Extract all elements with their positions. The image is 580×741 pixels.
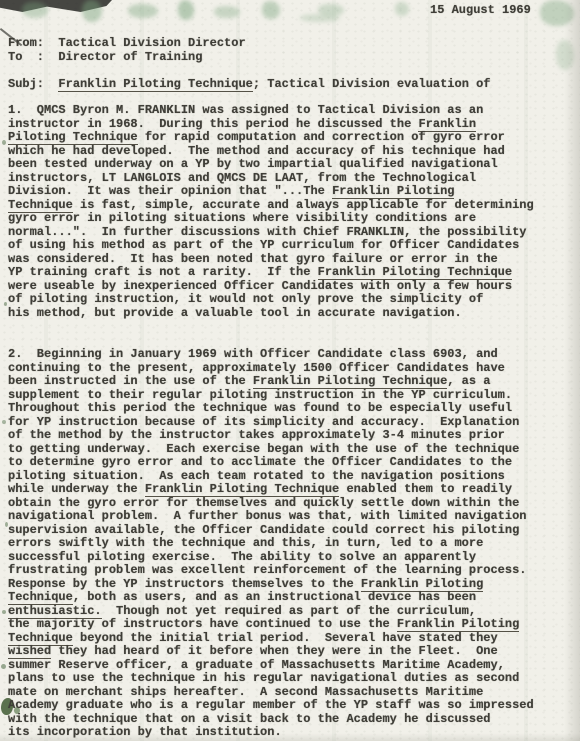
text-line: Piloting Technique for rapid computation… [8, 131, 534, 145]
text-line: been tested underway on a YP by two impa… [8, 158, 534, 172]
text-line: navigational problem. A further bonus wa… [8, 510, 534, 524]
green-smudge [262, 1, 280, 19]
text-line: Technique, both as users, and as an inst… [8, 591, 534, 605]
text-line: plans to use the technique in his regula… [8, 672, 534, 686]
text-line: gyro error in piloting situations where … [8, 212, 534, 226]
text-line: while underway the Franklin Piloting Tec… [8, 483, 534, 497]
text-line: 1. QMCS Byron M. FRANKLIN was assigned t… [8, 104, 534, 118]
green-smudge [540, 0, 574, 26]
text-line: normal...". In further discussions with … [8, 226, 534, 240]
text-line: summer Reserve officer, a graduate of Ma… [8, 659, 534, 673]
text-line: Academy graduate who is a regular member… [8, 699, 534, 713]
to-line: To : Director of Training [8, 51, 202, 65]
text-line: was considered. It has been noted that g… [8, 253, 534, 267]
subject-line: Subj: Franklin Piloting Technique; Tacti… [8, 78, 491, 92]
text-line: 2. Beginning in January 1969 with Office… [8, 348, 534, 362]
margin-speck [2, 610, 6, 614]
green-smudge [300, 14, 340, 22]
green-smudge [214, 6, 240, 18]
text-line: of piloting instruction, it would not on… [8, 293, 534, 307]
text-line: Technique beyond the initial trial perio… [8, 632, 534, 646]
text-line: Technique is fast, simple, accurate and … [8, 199, 534, 213]
text-line: of using his method as part of the YP cu… [8, 239, 534, 253]
green-smudge [178, 0, 194, 20]
text-line: continuing to the present, approximately… [8, 362, 534, 376]
green-smudge [128, 4, 158, 18]
text-line: supplement to their regular piloting ins… [8, 389, 534, 403]
underlined-text: Franklin Piloting Technique [58, 77, 252, 92]
text-line: the majority of instructors have continu… [8, 618, 534, 632]
text-line: of the method by the instructor takes ap… [8, 429, 534, 443]
text-line: Subj: Franklin Piloting Technique; Tacti… [8, 78, 491, 92]
text-line: instructors, LT LANGLOIS and QMCS DE LAA… [8, 172, 534, 186]
text-line: Response by the YP instructors themselve… [8, 578, 534, 592]
text-line: successful piloting exercise. The abilit… [8, 551, 534, 565]
text-line: YP training craft is not a rarity. If th… [8, 266, 534, 280]
margin-speck [1, 664, 6, 669]
text-line: for YP instruction because of its simpli… [8, 416, 534, 430]
scanned-memo-page: 15 August 1969 From: Tactical Division D… [0, 0, 580, 741]
text-line: mate on merchant ships hereafter. A seco… [8, 686, 534, 700]
text-line: Division. It was their opinion that "...… [8, 185, 534, 199]
text-line: were useable by inexperienced Officer Ca… [8, 280, 534, 294]
margin-speck [4, 302, 7, 306]
text-line: with the technique that on a visit back … [8, 713, 534, 727]
text-line: errors swiftly with the technique and th… [8, 537, 534, 551]
underlined-text: Technique [8, 590, 73, 605]
date: 15 August 1969 [430, 4, 531, 18]
green-smudge [22, 2, 48, 18]
text-line: his method, but provide a valuable tool … [8, 307, 534, 321]
text-line: to determine gyro error and to acclimate… [8, 456, 534, 470]
text-line: Throughout this period the technique was… [8, 402, 534, 416]
text-line: instructor in 1968. During this period h… [8, 118, 534, 132]
corner-ink-mark [0, 0, 112, 12]
text-line: its incorporation by that institution. [8, 726, 534, 740]
green-smudge [395, 2, 409, 16]
text-line: to getting underway. Each exercise began… [8, 443, 534, 457]
paragraph-1: 1. QMCS Byron M. FRANKLIN was assigned t… [8, 104, 534, 320]
text-line: which he had developed. The method and a… [8, 145, 534, 159]
green-smudge [82, 0, 102, 22]
text-line: piloting situation. As each team rotated… [8, 470, 534, 484]
paragraph-2: 2. Beginning in January 1969 with Office… [8, 348, 534, 740]
green-smudge [556, 40, 574, 70]
margin-speck [2, 140, 6, 145]
text-line: obtain the gyro error for themselves and… [8, 497, 534, 511]
from-line: From: Tactical Division Director [8, 37, 246, 51]
text-line: wished they had heard of it before when … [8, 645, 534, 659]
text-line: supervision available, the Officer Candi… [8, 524, 534, 538]
text-line: frustrating problem was excellent reinfo… [8, 564, 534, 578]
text-line: been instructed in the use of the Frankl… [8, 375, 534, 389]
green-smudge [318, 4, 344, 16]
text-line: enthusiastic. Though not yet required as… [8, 605, 534, 619]
margin-speck [2, 420, 6, 424]
right-edge-shadow [564, 0, 580, 741]
